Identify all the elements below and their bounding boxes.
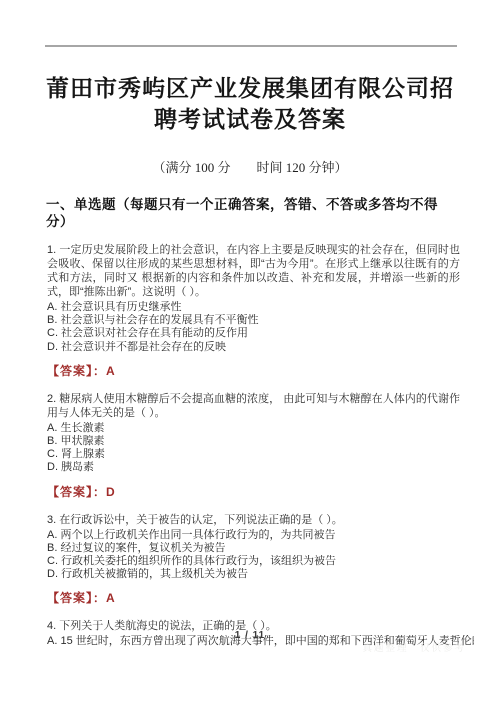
question-2-option-d: D. 胰岛素 <box>47 461 460 474</box>
question-1-option-c: C. 社会意识对社会存在具有能动的反作用 <box>47 327 460 340</box>
watermark-text: 真题整理 仅供参考 <box>362 640 466 654</box>
exam-meta: （满分 100 分 时间 120 分钟） <box>0 157 500 176</box>
question-1-option-d: D. 社会意识并不都是社会存在的反映 <box>47 341 460 354</box>
question-3-stem: 3. 在行政诉讼中，关于被告的认定，下列说法正确的是（ ）。 <box>47 513 460 527</box>
question-1-option-b: B. 社会意识与社会存在的发展具有不平衡性 <box>47 314 460 327</box>
question-1-answer: 【答案】：A <box>47 365 460 378</box>
answer-value: A <box>106 364 116 378</box>
section-heading: 一、单选题（每题只有一个正确答案，答错、不答或多答均不得分） <box>46 196 458 230</box>
answer-label: 【答案】： <box>47 591 106 605</box>
answer-label: 【答案】： <box>47 485 106 499</box>
question-2: 2. 糖尿病人使用木糖醇后不会提高血糖的浓度， 由此可知与木糖醇在人体内的代谢作… <box>47 392 460 475</box>
question-2-stem: 2. 糖尿病人使用木糖醇后不会提高血糖的浓度， 由此可知与木糖醇在人体内的代谢作… <box>47 392 460 420</box>
page-title-line2: 聘考试试卷及答案 <box>0 104 500 135</box>
question-2-option-a: A. 生长激素 <box>47 422 460 435</box>
question-3-option-a: A. 两个以上行政机关作出同一具体行政行为的，为共同被告 <box>47 529 460 542</box>
question-3-options: A. 两个以上行政机关作出同一具体行政行为的，为共同被告 B. 经过复议的案件，… <box>47 529 460 582</box>
question-3-answer: 【答案】：A <box>47 592 460 605</box>
question-1-option-a: A. 社会意识具有历史继承性 <box>47 301 460 314</box>
answer-value: A <box>106 591 116 605</box>
question-2-answer: 【答案】：D <box>47 486 460 499</box>
page-title: 莆田市秀屿区产业发展集团有限公司招 聘考试试卷及答案 <box>0 0 500 135</box>
answer-label: 【答案】： <box>47 364 106 378</box>
question-1-options: A. 社会意识具有历史继承性 B. 社会意识与社会存在的发展具有不平衡性 C. … <box>47 301 460 354</box>
question-3: 3. 在行政诉讼中，关于被告的认定，下列说法正确的是（ ）。 A. 两个以上行政… <box>47 513 460 582</box>
page-title-line1: 莆田市秀屿区产业发展集团有限公司招 <box>0 73 500 104</box>
question-3-option-d: D. 行政机关被撤销的，其上级机关为被告 <box>47 568 460 581</box>
question-1: 1. 一定历史发展阶段上的社会意识，在内容上主要是反映现实的社会存在，但同时也会… <box>47 243 460 354</box>
exam-document-page: 莆田市秀屿区产业发展集团有限公司招 聘考试试卷及答案 （满分 100 分 时间 … <box>0 0 500 707</box>
question-2-options: A. 生长激素 B. 甲状腺素 C. 肾上腺素 D. 胰岛素 <box>47 422 460 475</box>
answer-value: D <box>106 485 116 499</box>
question-2-option-c: C. 肾上腺素 <box>47 448 460 461</box>
header-divider <box>45 45 457 47</box>
question-2-option-b: B. 甲状腺素 <box>47 435 460 448</box>
question-3-option-b: B. 经过复议的案件，复议机关为被告 <box>47 542 460 555</box>
question-3-option-c: C. 行政机关委托的组织所作的具体行政行为，该组织为被告 <box>47 555 460 568</box>
question-1-stem: 1. 一定历史发展阶段上的社会意识，在内容上主要是反映现实的社会存在，但同时也会… <box>47 243 460 299</box>
